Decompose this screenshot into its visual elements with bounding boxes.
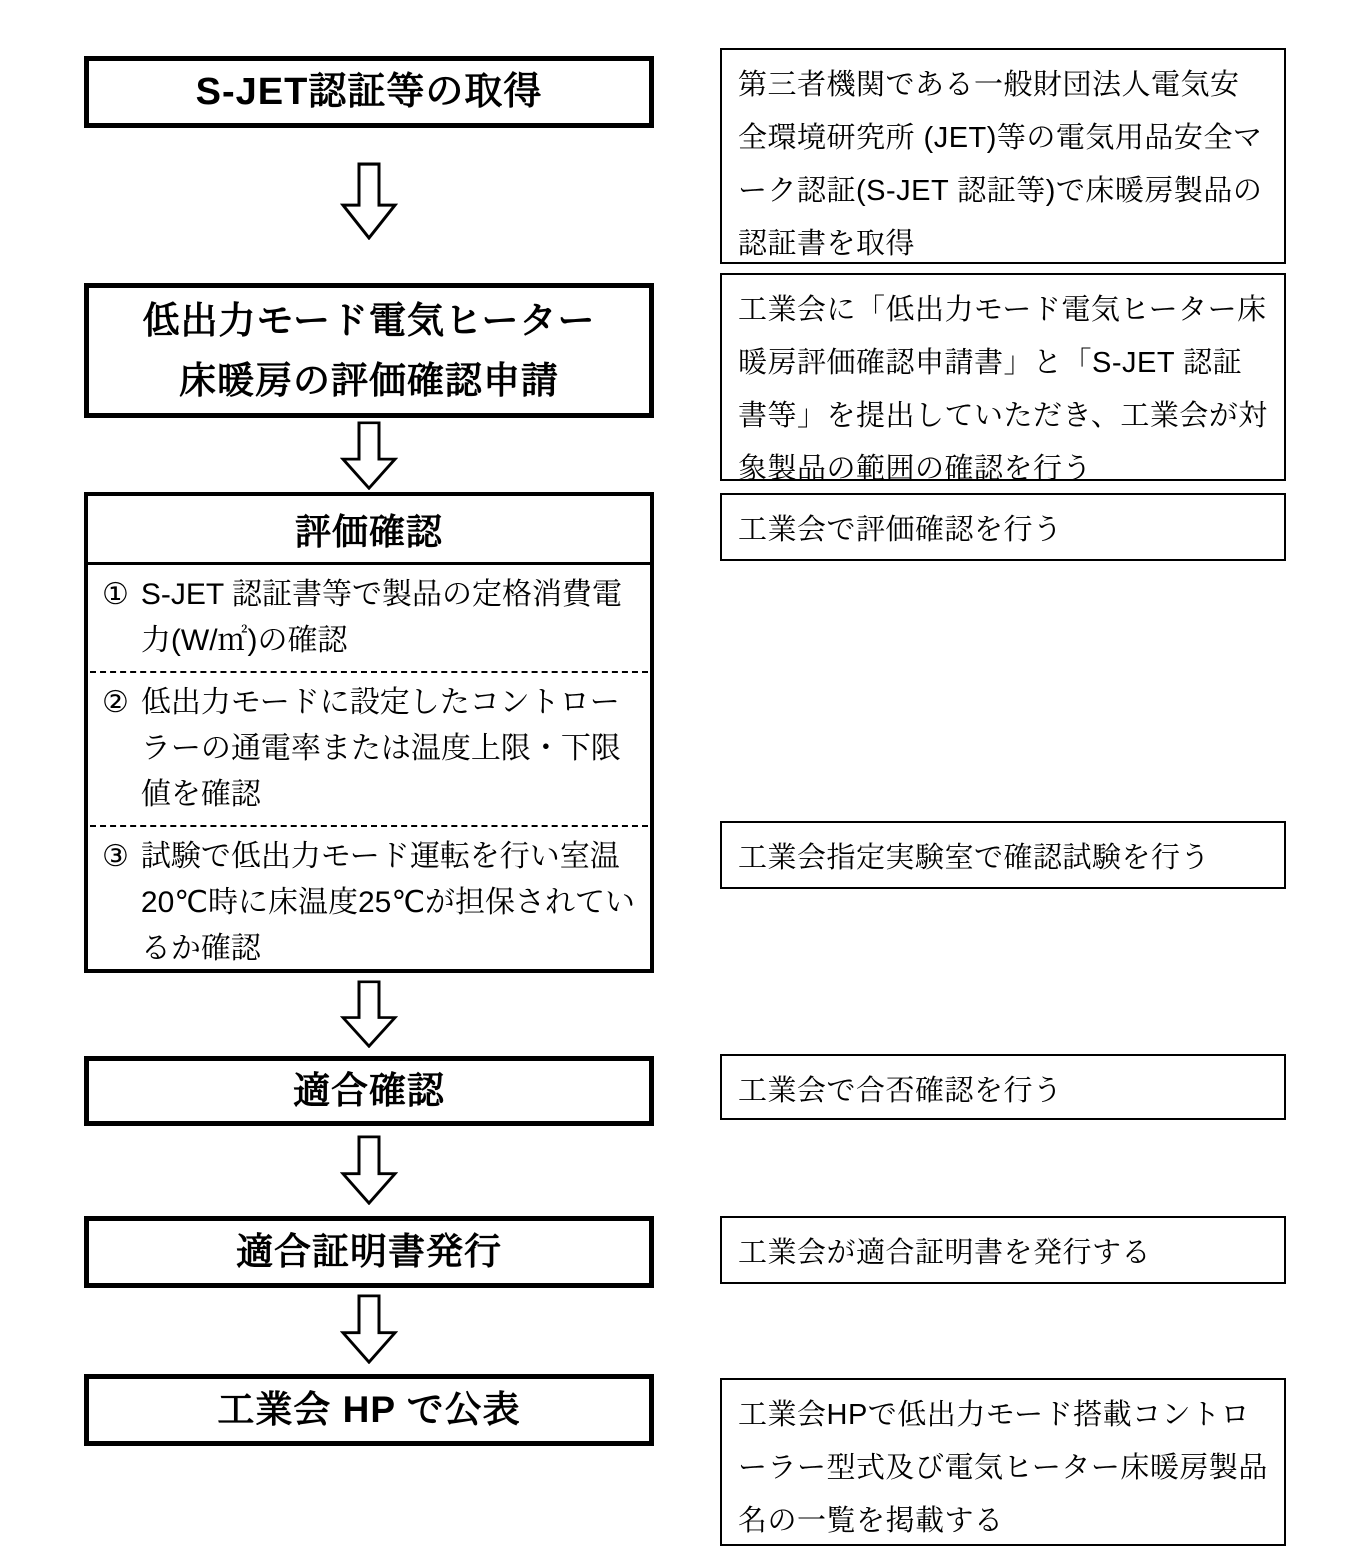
- note-box-evaluation: 工業会で評価確認を行う: [720, 493, 1286, 561]
- item-text: 試験で低出力モード運転を行い室温20℃時に床温度25℃が担保されているか確認: [141, 834, 640, 972]
- down-arrow-icon: [340, 421, 398, 490]
- note-box-pass-fail: 工業会で合否確認を行う: [720, 1054, 1286, 1120]
- item-number: ①: [102, 572, 129, 664]
- item-text: S-JET 認証書等で製品の定格消費電力(W/㎡)の確認: [141, 572, 640, 664]
- evaluation-item-2: ② 低出力モードに設定したコントローラーの通電率または温度上限・下限値を確認: [88, 673, 650, 825]
- down-arrow-icon: [340, 980, 398, 1048]
- evaluation-item-3: ③ 試験で低出力モード運転を行い室温20℃時に床温度25℃が担保されているか確認: [88, 827, 650, 979]
- flow-step-title: 適合証明書発行: [236, 1222, 502, 1282]
- note-text: 工業会で評価確認を行う: [738, 514, 1063, 546]
- evaluation-check-header: 評価確認: [88, 496, 650, 565]
- flow-step-certificate-issue: 適合証明書発行: [84, 1216, 654, 1288]
- note-text: 工業会HPで低出力モード搭載コントローラー型式及び電気ヒーター床暖房製品名の一覧…: [738, 1399, 1268, 1537]
- item-number: ③: [102, 834, 129, 972]
- note-text: 第三者機関である一般財団法人電気安全環境研究所 (JET)等の電気用品安全マーク…: [738, 69, 1262, 260]
- flow-step-conformity-check: 適合確認: [84, 1056, 654, 1126]
- down-arrow-icon: [340, 162, 398, 240]
- flow-step-title: S-JET認証等の取得: [196, 62, 543, 122]
- certification-flowchart: S-JET認証等の取得 低出力モード電気ヒーター 床暖房の評価確認申請 評価確認…: [0, 0, 1361, 1568]
- note-text: 工業会指定実験室で確認試験を行う: [738, 842, 1210, 874]
- flow-step-sjet-acquisition: S-JET認証等の取得: [84, 56, 654, 128]
- flow-step-title-line2: 床暖房の評価確認申請: [179, 351, 559, 411]
- flow-step-title: 工業会 HP で公表: [217, 1380, 520, 1440]
- note-box-sjet-acquisition: 第三者機関である一般財団法人電気安全環境研究所 (JET)等の電気用品安全マーク…: [720, 48, 1286, 264]
- down-arrow-icon: [340, 1294, 398, 1364]
- note-box-lab-test: 工業会指定実験室で確認試験を行う: [720, 821, 1286, 889]
- flow-step-evaluation-application: 低出力モード電気ヒーター 床暖房の評価確認申請: [84, 283, 654, 418]
- note-text: 工業会で合否確認を行う: [738, 1075, 1063, 1107]
- flow-step-hp-publication: 工業会 HP で公表: [84, 1374, 654, 1446]
- note-box-application: 工業会に「低出力モード電気ヒーター床暖房評価確認申請書」と「S-JET 認証書等…: [720, 273, 1286, 481]
- note-text: 工業会に「低出力モード電気ヒーター床暖房評価確認申請書」と「S-JET 認証書等…: [738, 294, 1268, 485]
- note-box-hp-listing: 工業会HPで低出力モード搭載コントローラー型式及び電気ヒーター床暖房製品名の一覧…: [720, 1378, 1286, 1546]
- flow-step-evaluation-check: 評価確認 ① S-JET 認証書等で製品の定格消費電力(W/㎡)の確認 ② 低出…: [84, 492, 654, 973]
- evaluation-item-1: ① S-JET 認証書等で製品の定格消費電力(W/㎡)の確認: [88, 565, 650, 671]
- flow-step-title-line1: 低出力モード電気ヒーター: [142, 291, 595, 351]
- item-text: 低出力モードに設定したコントローラーの通電率または温度上限・下限値を確認: [141, 680, 640, 818]
- item-number: ②: [102, 680, 129, 818]
- note-text: 工業会が適合証明書を発行する: [738, 1237, 1151, 1269]
- flow-step-title: 適合確認: [293, 1061, 445, 1121]
- note-box-certificate: 工業会が適合証明書を発行する: [720, 1216, 1286, 1284]
- down-arrow-icon: [340, 1135, 398, 1205]
